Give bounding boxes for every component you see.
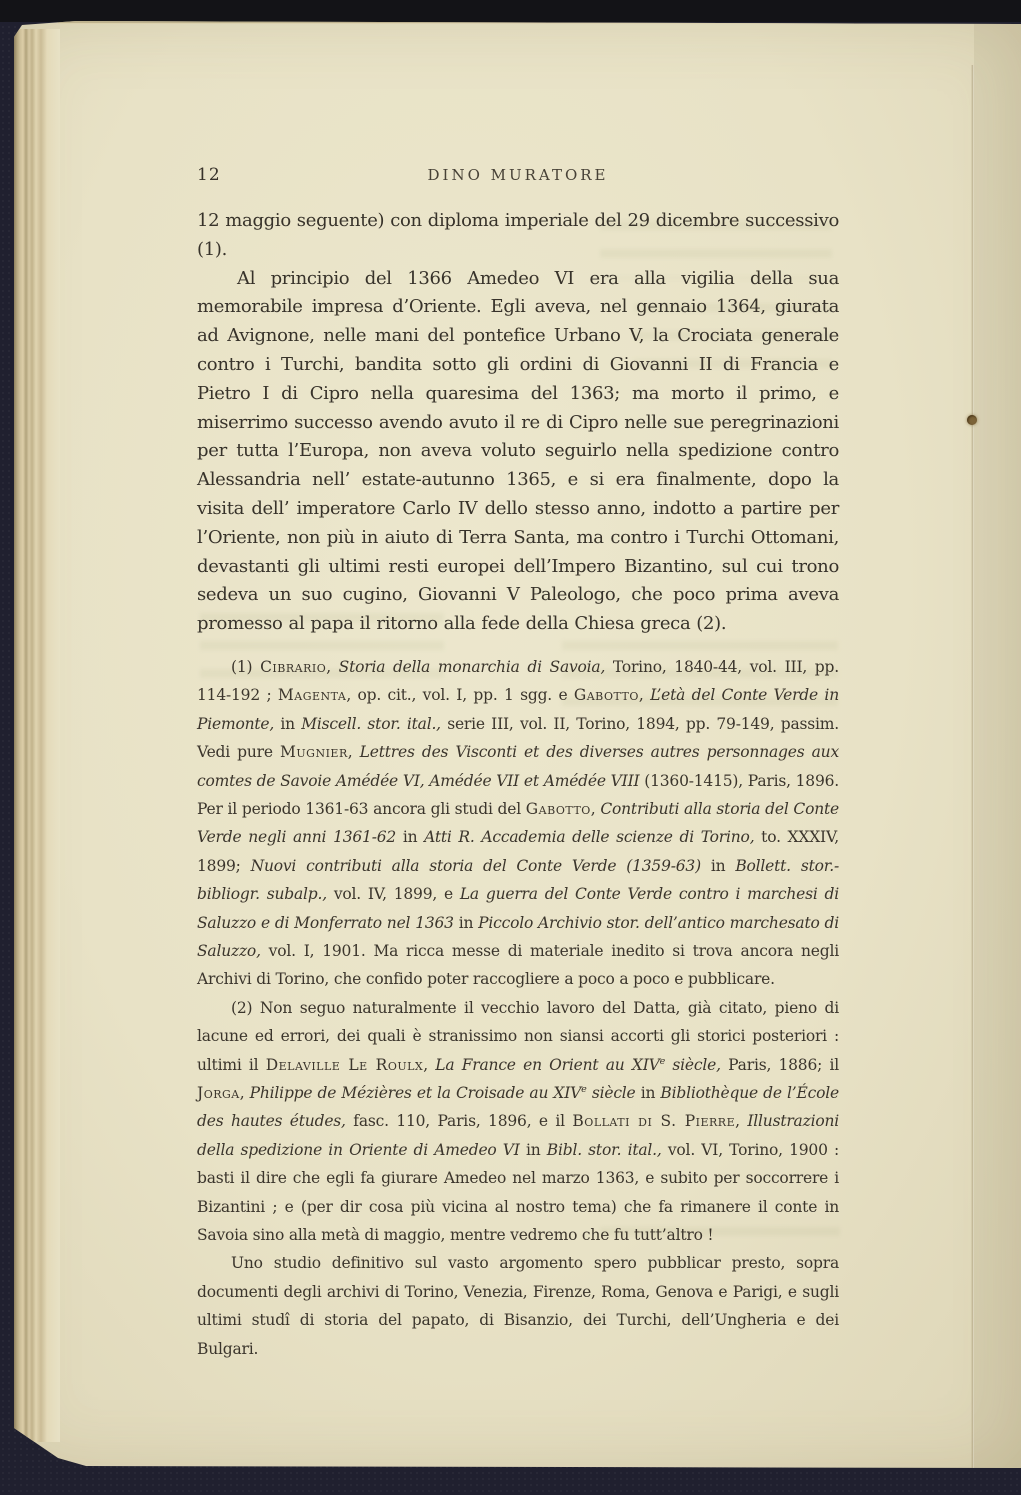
body-paragraph: 12 maggio seguente) con diploma imperial… xyxy=(197,207,839,265)
footnote-2-closing-paragraph: Uno studio definitivo sul vasto argoment… xyxy=(197,1249,839,1363)
page-header: 12 DINO MURATORE xyxy=(197,164,839,188)
book-photograph: 12 DINO MURATORE 12 maggio seguente) con… xyxy=(0,0,1021,1495)
backdrop-top-band xyxy=(0,0,1021,22)
running-header-title: DINO MURATORE xyxy=(197,166,839,184)
page-stack-edge xyxy=(14,29,60,1442)
main-text-block: 12 maggio seguente) con diploma imperial… xyxy=(197,207,839,639)
footnote-2: (2) Non seguo naturalmente il vecchio la… xyxy=(197,994,839,1250)
page-crease xyxy=(971,65,974,1468)
wormhole-mark xyxy=(967,415,977,425)
page-right-shading xyxy=(974,21,1021,1468)
body-paragraph: Al principio del 1366 Amedeo VI era alla… xyxy=(197,265,839,639)
footnote-1: (1) Cibrario, Storia della monarchia di … xyxy=(197,653,839,994)
text-column: 12 DINO MURATORE 12 maggio seguente) con… xyxy=(197,164,839,1363)
footnotes-block: (1) Cibrario, Storia della monarchia di … xyxy=(197,653,839,1363)
book-page: 12 DINO MURATORE 12 maggio seguente) con… xyxy=(14,21,1021,1468)
